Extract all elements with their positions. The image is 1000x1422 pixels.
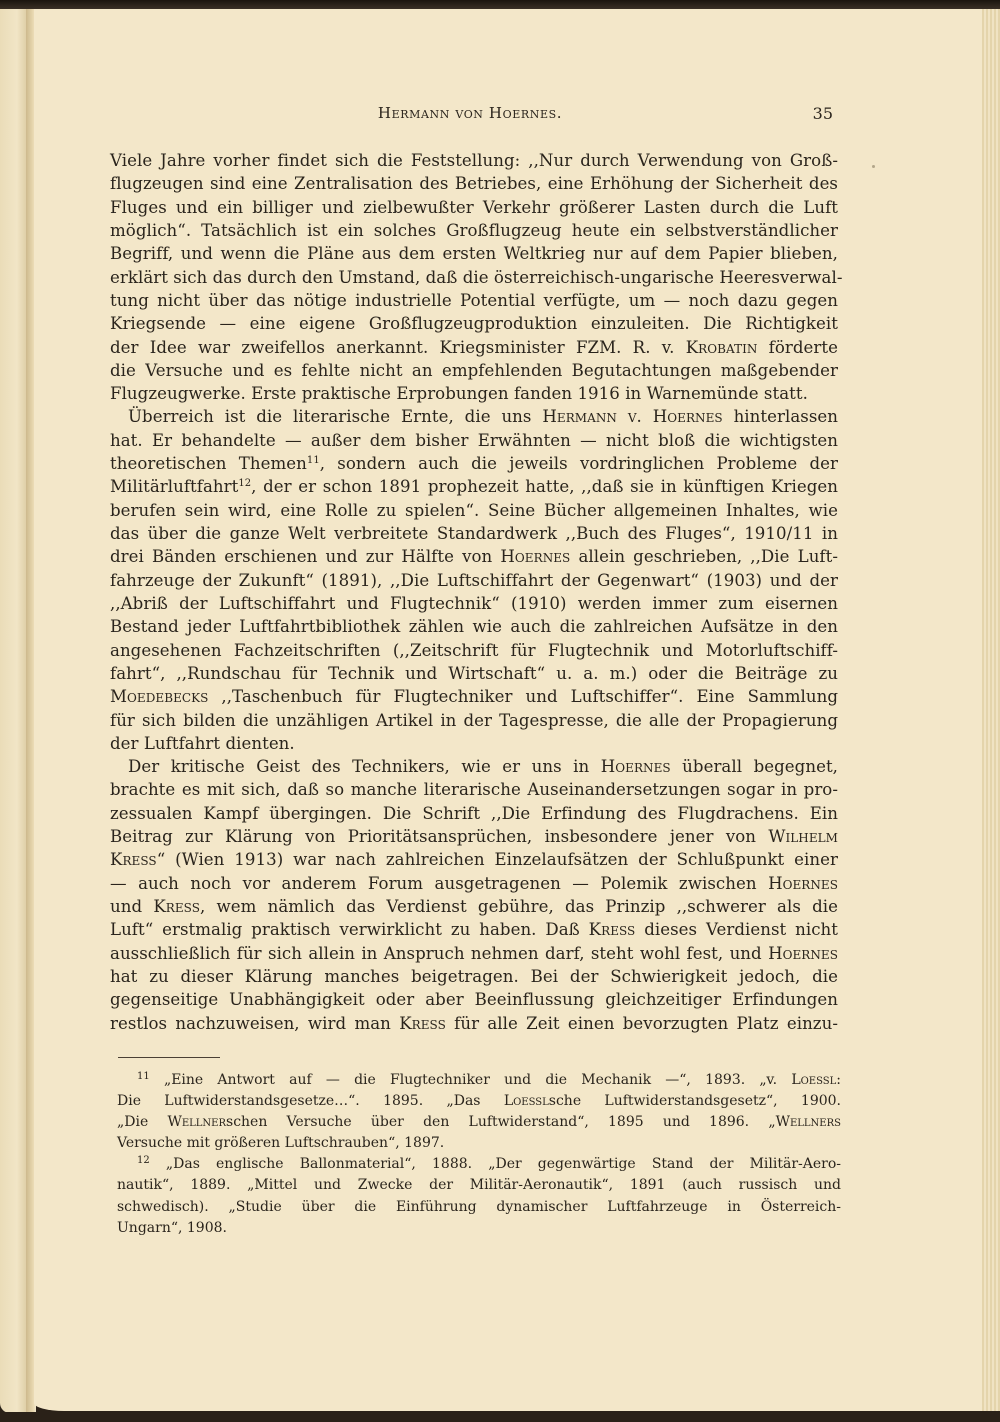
running-head: Hermann von Hoernes. bbox=[110, 104, 830, 122]
small-caps-name: Wilhelm bbox=[768, 827, 838, 846]
body-line: Viele Jahre vorher findet sich die Fests… bbox=[110, 149, 838, 172]
text-run: Viele Jahre vorher findet sich die Fests… bbox=[110, 151, 838, 170]
page-number: 35 bbox=[813, 104, 833, 123]
small-caps-name: Wellners bbox=[776, 1114, 841, 1130]
footnotes: 11 „Eine Antwort auf — die Flugtechniker… bbox=[117, 1070, 841, 1239]
text-run: erklärt sich das durch den Umstand, daß … bbox=[110, 268, 842, 287]
text-run: hinterlassen bbox=[723, 407, 838, 426]
small-caps-name: Kress bbox=[153, 897, 200, 916]
small-caps-name: Kress bbox=[110, 850, 157, 869]
footnote-line: Versuche mit größeren Luftschrauben“, 18… bbox=[117, 1133, 841, 1154]
text-run: nautik“, 1889. „Mittel und Zwecke der Mi… bbox=[117, 1177, 841, 1193]
small-caps-name: Hoernes bbox=[500, 547, 570, 566]
text-run: “ (Wien 1913) war nach zahlreichen Einze… bbox=[157, 850, 838, 869]
body-line: Bestand jeder Luftfahrtbibliothek zählen… bbox=[110, 615, 838, 638]
text-run: der Luftfahrt dienten. bbox=[110, 734, 295, 753]
text-run: Begriff, und wenn die Pläne aus dem erst… bbox=[110, 244, 838, 263]
text-run: Die Luftwiderstandsgesetze…“. 1895. „Das bbox=[117, 1093, 504, 1109]
small-caps-name: Hoernes bbox=[601, 757, 671, 776]
text-run: dieses Verdienst nicht bbox=[635, 920, 838, 939]
footnote-line: nautik“, 1889. „Mittel und Zwecke der Mi… bbox=[117, 1175, 841, 1196]
text-run: hat. Er behandelte — außer dem bisher Er… bbox=[110, 431, 838, 450]
text-run: zessualen Kampf übergingen. Die Schrift … bbox=[110, 804, 838, 823]
body-line: Begriff, und wenn die Pläne aus dem erst… bbox=[110, 242, 838, 265]
body-line: angesehenen Fachzeitschriften (,,Zeitsch… bbox=[110, 639, 838, 662]
text-run: fahrt“, ,,Rundschau für Technik und Wirt… bbox=[110, 664, 838, 683]
body-line: fahrzeuge der Zukunft“ (1891), ,,Die Luf… bbox=[110, 569, 838, 592]
body-line: fahrt“, ,,Rundschau für Technik und Wirt… bbox=[110, 662, 838, 685]
body-line: Überreich ist die literarische Ernte, di… bbox=[110, 405, 838, 428]
text-run: die Versuche und es fehlte nicht an empf… bbox=[110, 361, 838, 380]
text-run: Militärluftfahrt bbox=[110, 477, 238, 496]
scan-bottom-border bbox=[0, 1412, 1000, 1422]
body-line: der Luftfahrt dienten. bbox=[110, 732, 838, 755]
text-run: gegenseitige Unabhängigkeit oder aber Be… bbox=[110, 990, 838, 1009]
text-run: für sich bilden die unzähligen Artikel i… bbox=[110, 711, 838, 730]
text-run: drei Bänden erschienen und zur Hälfte vo… bbox=[110, 547, 500, 566]
text-run: Fluges und ein billiger und zielbewußter… bbox=[110, 198, 838, 217]
footnote-rule bbox=[118, 1057, 220, 1058]
body-line: ,,Abriß der Luftschiffahrt und Flugtechn… bbox=[110, 592, 838, 615]
body-line: Beitrag zur Klärung von Prioritätsansprü… bbox=[110, 825, 838, 848]
body-line: die Versuche und es fehlte nicht an empf… bbox=[110, 359, 838, 382]
body-line: erklärt sich das durch den Umstand, daß … bbox=[110, 266, 838, 289]
footnote-line: 11 „Eine Antwort auf — die Flugtechniker… bbox=[117, 1070, 841, 1091]
text-run: förderte bbox=[757, 338, 838, 357]
scan-top-border bbox=[0, 0, 1000, 9]
small-caps-name: Loessl bbox=[791, 1072, 836, 1088]
text-run: ,,Taschenbuch für Flugtechniker und Luft… bbox=[208, 687, 838, 706]
text-run: schen Versuche über den Luftwiderstand“,… bbox=[226, 1114, 776, 1130]
body-line: gegenseitige Unabhängigkeit oder aber Be… bbox=[110, 988, 838, 1011]
body-line: für sich bilden die unzähligen Artikel i… bbox=[110, 709, 838, 732]
page-header: Hermann von Hoernes. 35 bbox=[110, 104, 830, 128]
footnote-number: 11 bbox=[137, 1071, 150, 1082]
body-text: Viele Jahre vorher findet sich die Fests… bbox=[110, 149, 838, 1035]
text-run: angesehenen Fachzeitschriften (,,Zeitsch… bbox=[110, 641, 838, 660]
body-line: Kress“ (Wien 1913) war nach zahlreichen … bbox=[110, 848, 838, 871]
text-run: restlos nachzuweisen, wird man bbox=[110, 1014, 399, 1033]
footnote-ref: 11 bbox=[307, 455, 320, 466]
text-run: möglich“. Tatsächlich ist ein solches Gr… bbox=[110, 221, 838, 240]
body-line: Flugzeugwerke. Erste praktische Erprobun… bbox=[110, 382, 838, 405]
text-run: Versuche mit größeren Luftschrauben“, 18… bbox=[117, 1135, 444, 1151]
footnote-line: „Die Wellnerschen Versuche über den Luft… bbox=[117, 1112, 841, 1133]
page-left-edge bbox=[0, 9, 28, 1413]
text-run: sche Luftwiderstandsgesetz“, 1900. bbox=[549, 1093, 841, 1109]
small-caps-name: Kress bbox=[399, 1014, 446, 1033]
text-run: brachte es mit sich, daß so manche liter… bbox=[110, 780, 838, 799]
text-run: fahrzeuge der Zukunft“ (1891), ,,Die Luf… bbox=[110, 571, 838, 590]
text-run: schwedisch). „Studie über die Einführung… bbox=[117, 1199, 841, 1215]
text-run: „Die bbox=[117, 1114, 167, 1130]
body-line: das über die ganze Welt verbreitete Stan… bbox=[110, 522, 838, 545]
body-line: Moedebecks ,,Taschenbuch für Flugtechnik… bbox=[110, 685, 838, 708]
text-run: berufen sein wird, eine Rolle zu spielen… bbox=[110, 501, 838, 520]
small-caps-name: Hoernes bbox=[768, 874, 838, 893]
text-run: : bbox=[836, 1072, 841, 1088]
text-run: ,,Abriß der Luftschiffahrt und Flugtechn… bbox=[110, 594, 838, 613]
text-run: Luft“ erstmalig praktisch verwirklicht z… bbox=[110, 920, 589, 939]
body-line: Fluges und ein billiger und zielbewußter… bbox=[110, 196, 838, 219]
text-run: ausschließlich für sich allein in Anspru… bbox=[110, 944, 768, 963]
body-line: hat. Er behandelte — außer dem bisher Er… bbox=[110, 429, 838, 452]
text-run: — auch noch vor anderem Forum ausgetrage… bbox=[110, 874, 768, 893]
small-caps-name: Kress bbox=[589, 920, 636, 939]
text-run: der Idee war zweifellos anerkannt. Krieg… bbox=[110, 338, 686, 357]
body-line: theoretischen Themen11, sondern auch die… bbox=[110, 452, 838, 475]
body-line: Der kritische Geist des Technikers, wie … bbox=[110, 755, 838, 778]
footnote-ref: 12 bbox=[238, 478, 251, 489]
text-run: und bbox=[110, 897, 153, 916]
body-line: Kriegsende — eine eigene Großflugzeugpro… bbox=[110, 312, 838, 335]
footnote-line: schwedisch). „Studie über die Einführung… bbox=[117, 1197, 841, 1218]
small-caps-name: Moedebecks bbox=[110, 687, 208, 706]
body-line: flugzeugen sind eine Zentralisation des … bbox=[110, 172, 838, 195]
text-run: , wem nämlich das Verdienst gebühre, das… bbox=[200, 897, 838, 916]
body-line: berufen sein wird, eine Rolle zu spielen… bbox=[110, 499, 838, 522]
footnote-line: Die Luftwiderstandsgesetze…“. 1895. „Das… bbox=[117, 1091, 841, 1112]
text-run: für alle Zeit einen bevorzugten Platz ei… bbox=[446, 1014, 838, 1033]
body-line: brachte es mit sich, daß so manche liter… bbox=[110, 778, 838, 801]
text-run: Ungarn“, 1908. bbox=[117, 1220, 227, 1236]
body-line: — auch noch vor anderem Forum ausgetrage… bbox=[110, 872, 838, 895]
body-line: der Idee war zweifellos anerkannt. Krieg… bbox=[110, 336, 838, 359]
body-line: hat zu dieser Klärung manches beigetrage… bbox=[110, 965, 838, 988]
small-caps-name: Hermann v. Hoernes bbox=[542, 407, 722, 426]
body-line: zessualen Kampf übergingen. Die Schrift … bbox=[110, 802, 838, 825]
body-line: Luft“ erstmalig praktisch verwirklicht z… bbox=[110, 918, 838, 941]
footnote-line: 12 „Das englische Ballonmaterial“, 1888.… bbox=[117, 1154, 841, 1175]
body-line: drei Bänden erschienen und zur Hälfte vo… bbox=[110, 545, 838, 568]
text-run: Kriegsende — eine eigene Großflugzeugpro… bbox=[110, 314, 838, 333]
footnote-line: Ungarn“, 1908. bbox=[117, 1218, 841, 1239]
text-run: Der kritische Geist des Technikers, wie … bbox=[128, 757, 601, 776]
footnote-number: 12 bbox=[137, 1155, 150, 1166]
body-line: tung nicht über das nötige industrielle … bbox=[110, 289, 838, 312]
body-line: Militärluftfahrt12, der er schon 1891 pr… bbox=[110, 475, 838, 498]
text-run: , der er schon 1891 prophezeit hatte, ,,… bbox=[251, 477, 838, 496]
text-run: das über die ganze Welt verbreitete Stan… bbox=[110, 524, 838, 543]
page-stack-edge bbox=[982, 9, 1000, 1411]
text-run: Flugzeugwerke. Erste praktische Erprobun… bbox=[110, 384, 808, 403]
small-caps-name: Loessl bbox=[504, 1093, 549, 1109]
body-line: restlos nachzuweisen, wird man Kress für… bbox=[110, 1012, 838, 1035]
text-run: , sondern auch die jeweils vordringliche… bbox=[320, 454, 838, 473]
text-run: „Das englische Ballonmaterial“, 1888. „D… bbox=[150, 1156, 841, 1172]
text-run: Bestand jeder Luftfahrtbibliothek zählen… bbox=[110, 617, 838, 636]
text-run: hat zu dieser Klärung manches beigetrage… bbox=[110, 967, 838, 986]
text-run: überall begegnet, bbox=[671, 757, 838, 776]
text-run: tung nicht über das nötige industrielle … bbox=[110, 291, 838, 310]
text-run: „Eine Antwort auf — die Flugtechniker un… bbox=[150, 1072, 792, 1088]
body-line: ausschließlich für sich allein in Anspru… bbox=[110, 942, 838, 965]
text-run: Überreich ist die literarische Ernte, di… bbox=[128, 407, 542, 426]
body-line: möglich“. Tatsächlich ist ein solches Gr… bbox=[110, 219, 838, 242]
body-line: und Kress, wem nämlich das Verdienst geb… bbox=[110, 895, 838, 918]
small-caps-name: Hoernes bbox=[768, 944, 838, 963]
small-caps-name: Krobatin bbox=[686, 338, 758, 357]
small-caps-name: Wellner bbox=[167, 1114, 226, 1130]
text-run: Beitrag zur Klärung von Prioritätsansprü… bbox=[110, 827, 768, 846]
text-run: allein geschrieben, ,,Die Luft- bbox=[570, 547, 838, 566]
text-run: theoretischen Themen bbox=[110, 454, 307, 473]
text-run: flugzeugen sind eine Zentralisation des … bbox=[110, 174, 838, 193]
paper-speck bbox=[872, 165, 875, 168]
